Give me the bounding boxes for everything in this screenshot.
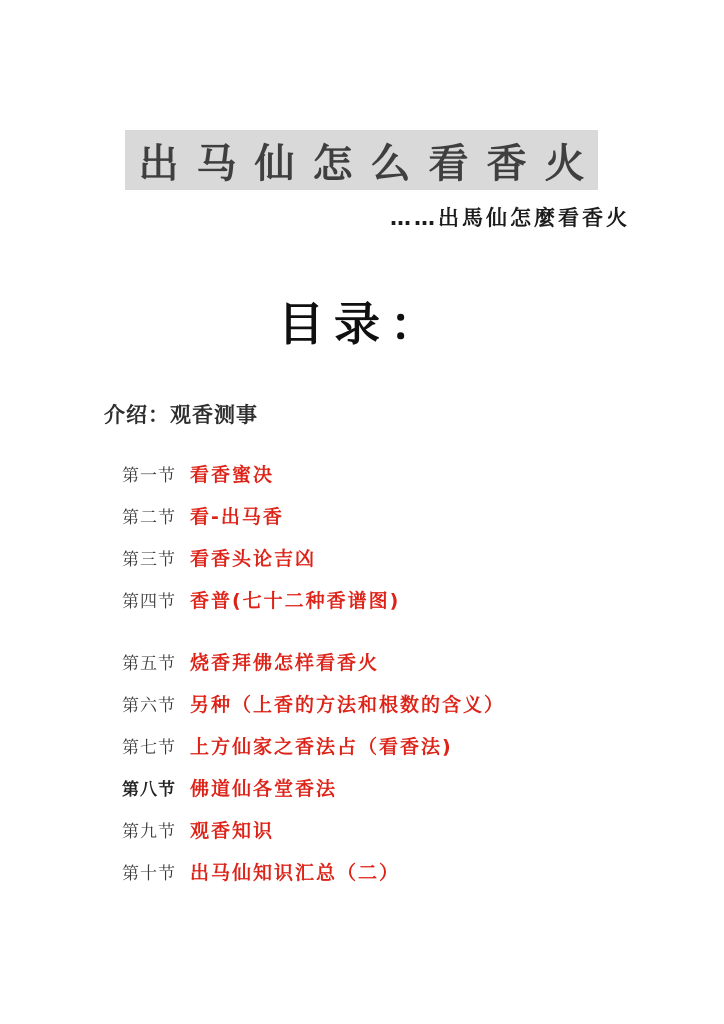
toc-item-link[interactable]: 上方仙家之香法占（看香法) <box>190 732 453 759</box>
toc-item: 第七节 上方仙家之香法占（看香法) <box>122 724 505 766</box>
toc-item-link[interactable]: 看-出马香 <box>190 502 284 529</box>
toc-item: 第四节 香普(七十二种香谱图) <box>122 578 505 620</box>
toc-item-link[interactable]: 看香头论吉凶 <box>190 544 316 571</box>
toc-item: 第十节 出马仙知识汇总（二） <box>122 850 505 892</box>
toc-item-label: 第二节 <box>122 503 180 528</box>
toc-item: 第六节 另种（上香的方法和根数的含义） <box>122 682 505 724</box>
toc-item-link[interactable]: 出马仙知识汇总（二） <box>190 858 400 885</box>
toc-list: 第一节 看香蜜决 第二节 看-出马香 第三节 看香头论吉凶 第四节 香普(七十二… <box>122 452 505 892</box>
document-title: 出马仙怎么看香火 <box>139 132 603 189</box>
toc-item: 第一节 看香蜜决 <box>122 452 505 494</box>
toc-item-link[interactable]: 佛道仙各堂香法 <box>190 774 337 801</box>
toc-item-label: 第四节 <box>122 587 180 612</box>
document-page: 出马仙怎么看香火 ……出馬仙怎麼看香火 目录： 介绍：观香测事 第一节 看香蜜决… <box>0 0 724 1024</box>
toc-item-label: 第一节 <box>122 461 180 486</box>
document-title-band: 出马仙怎么看香火 <box>125 130 598 190</box>
document-subtitle: ……出馬仙怎麼看香火 <box>390 202 630 232</box>
intro-line: 介绍：观香测事 <box>104 399 258 429</box>
toc-item-link[interactable]: 另种（上香的方法和根数的含义） <box>190 690 505 717</box>
toc-item: 第八节 佛道仙各堂香法 <box>122 766 505 808</box>
toc-item-label: 第八节 <box>122 775 180 800</box>
toc-item: 第三节 看香头论吉凶 <box>122 536 505 578</box>
toc-item-label: 第七节 <box>122 733 180 758</box>
toc-item-link[interactable]: 香普(七十二种香谱图) <box>190 586 400 613</box>
toc-item-label: 第三节 <box>122 545 180 570</box>
toc-item-label: 第十节 <box>122 859 180 884</box>
toc-item: 第九节 观香知识 <box>122 808 505 850</box>
toc-heading: 目录： <box>0 288 724 354</box>
toc-item: 第五节 烧香拜佛怎样看香火 <box>122 640 505 682</box>
toc-item-link[interactable]: 观香知识 <box>190 816 274 843</box>
toc-item: 第二节 看-出马香 <box>122 494 505 536</box>
toc-item-label: 第六节 <box>122 691 180 716</box>
toc-item-label: 第五节 <box>122 649 180 674</box>
toc-item-label: 第九节 <box>122 817 180 842</box>
toc-item-link[interactable]: 看香蜜决 <box>190 460 274 487</box>
toc-item-link[interactable]: 烧香拜佛怎样看香火 <box>190 648 379 675</box>
